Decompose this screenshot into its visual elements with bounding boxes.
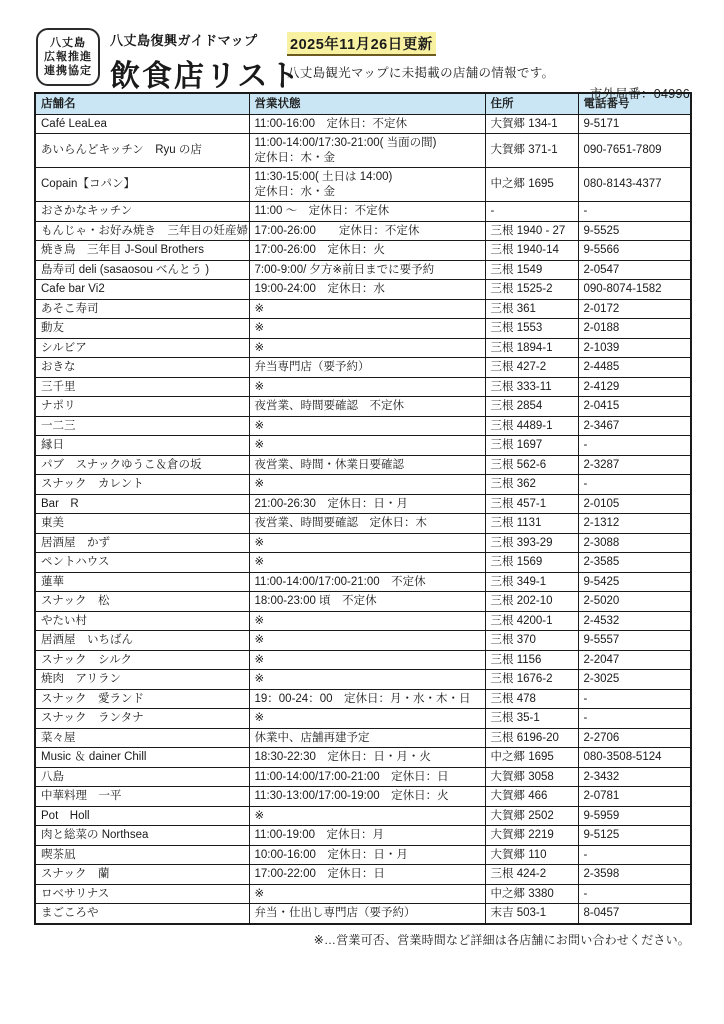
status-cell: 19:00-24:00 定休日：水 <box>249 280 485 300</box>
store-name-cell: あそこ寿司 <box>35 299 249 319</box>
store-name-cell: スナック 愛ランド <box>35 689 249 709</box>
table-row: 八島 11:00-14:00/17:00-21:00 定休日：日 大賀郷 305… <box>35 767 691 787</box>
table-row: 菜々屋 休業中、店舗再建予定 三根 6196-20 2-2706 <box>35 728 691 748</box>
status-cell: 弁当・仕出し専門店（要予約） <box>249 904 485 924</box>
store-name-cell: パブ スナックゆうこ＆倉の坂 <box>35 455 249 475</box>
store-name-cell: 蓮華 <box>35 572 249 592</box>
address-cell: 大賀郷 466 <box>485 787 578 807</box>
phone-cell: 2-1312 <box>578 514 691 534</box>
table-row: 蓮華 11:00-14:00/17:00-21:00 不定休 三根 349-1 … <box>35 572 691 592</box>
address-cell: 中之郷 1695 <box>485 748 578 768</box>
status-cell: 11:00-16:00 定休日：不定休 <box>249 114 485 134</box>
table-row: 動友 ※ 三根 1553 2-0188 <box>35 319 691 339</box>
footnote: ※…営業可否、営業時間など詳細は各店舗にお問い合わせください。 <box>34 931 690 948</box>
phone-cell: 2-3467 <box>578 416 691 436</box>
phone-cell: 080-8143-4377 <box>578 168 691 202</box>
address-cell: 大賀郷 2502 <box>485 806 578 826</box>
status-cell: 11:30-15:00( 土日は 14:00) 定休日：水・金 <box>249 168 485 202</box>
store-name-cell: 東美 <box>35 514 249 534</box>
table-row: パブ スナックゆうこ＆倉の坂 夜営業、時間・休業日要確認 三根 562-6 2-… <box>35 455 691 475</box>
address-cell: 三根 1525-2 <box>485 280 578 300</box>
status-cell: ※ <box>249 533 485 553</box>
status-cell: 夜営業、時間要確認 定休日：木 <box>249 514 485 534</box>
store-name-cell: Bar R <box>35 494 249 514</box>
update-date-badge: 2025年11月26日更新 <box>287 32 436 56</box>
store-name-cell: やたい村 <box>35 611 249 631</box>
phone-cell: - <box>578 845 691 865</box>
store-name-cell: 喫茶凪 <box>35 845 249 865</box>
status-cell: ※ <box>249 416 485 436</box>
table-row: Bar R 21:00-26:30 定休日：日・月 三根 457-1 2-010… <box>35 494 691 514</box>
table-row: スナック カレント ※ 三根 362 - <box>35 475 691 495</box>
store-name-cell: 一二三 <box>35 416 249 436</box>
status-cell: 7:00-9:00/ 夕方※前日までに要予約 <box>249 260 485 280</box>
phone-cell: 080-3508-5124 <box>578 748 691 768</box>
phone-cell: 2-2047 <box>578 650 691 670</box>
status-cell: 11:00-19:00 定休日：月 <box>249 826 485 846</box>
address-cell: 三根 424-2 <box>485 865 578 885</box>
status-cell: 夜営業、時間要確認 不定休 <box>249 397 485 417</box>
table-row: まごころや 弁当・仕出し専門店（要予約） 末吉 503-1 8-0457 <box>35 904 691 924</box>
address-cell: 末吉 503-1 <box>485 904 578 924</box>
address-cell: 三根 4489-1 <box>485 416 578 436</box>
table-row: シルビア ※ 三根 1894-1 2-1039 <box>35 338 691 358</box>
address-cell: 三根 457-1 <box>485 494 578 514</box>
logo-line-2: 広報推進 <box>44 51 92 64</box>
address-cell: 三根 349-1 <box>485 572 578 592</box>
store-name-cell: シルビア <box>35 338 249 358</box>
phone-cell: 090-7651-7809 <box>578 134 691 168</box>
address-cell: 三根 202-10 <box>485 592 578 612</box>
phone-cell: 2-1039 <box>578 338 691 358</box>
store-name-cell: 島寿司 deli (sasaosou べんとう ) <box>35 260 249 280</box>
address-cell: 大賀郷 110 <box>485 845 578 865</box>
store-name-cell: ペントハウス <box>35 553 249 573</box>
address-cell: 中之郷 1695 <box>485 168 578 202</box>
address-cell: 三根 1553 <box>485 319 578 339</box>
store-name-cell: スナック カレント <box>35 475 249 495</box>
phone-cell: - <box>578 202 691 222</box>
status-cell: ※ <box>249 884 485 904</box>
table-row: あそこ寿司 ※ 三根 361 2-0172 <box>35 299 691 319</box>
table-row: Cafe bar Vi2 19:00-24:00 定休日：水 三根 1525-2… <box>35 280 691 300</box>
status-cell: 11:00-14:00/17:00-21:00 不定休 <box>249 572 485 592</box>
table-row: スナック ランタナ ※ 三根 35-1 - <box>35 709 691 729</box>
page-header: 八丈島 広報推進 連携協定 八丈島復興ガイドマップ 飲食店リスト 2025年11… <box>34 26 690 90</box>
store-name-cell: 焼肉 アリラン <box>35 670 249 690</box>
store-name-cell: 動友 <box>35 319 249 339</box>
phone-cell: - <box>578 689 691 709</box>
table-row: 東美 夜営業、時間要確認 定休日：木 三根 1131 2-1312 <box>35 514 691 534</box>
status-cell: 17:00-26:00 定休日：火 <box>249 241 485 261</box>
table-row: スナック 蘭 17:00-22:00 定休日：日 三根 424-2 2-3598 <box>35 865 691 885</box>
store-name-cell: 三千里 <box>35 377 249 397</box>
area-code-label: 市外局番：04996 <box>287 84 690 102</box>
association-logo: 八丈島 広報推進 連携協定 <box>36 28 100 86</box>
status-cell: 21:00-26:30 定休日：日・月 <box>249 494 485 514</box>
phone-cell: 2-5020 <box>578 592 691 612</box>
phone-cell: - <box>578 475 691 495</box>
store-name-cell: Pot Holl <box>35 806 249 826</box>
store-name-cell: 菜々屋 <box>35 728 249 748</box>
table-row: Copain【コパン】 11:30-15:00( 土日は 14:00) 定休日：… <box>35 168 691 202</box>
store-name-cell: スナック シルク <box>35 650 249 670</box>
status-cell: ※ <box>249 299 485 319</box>
address-cell: 中之郷 3380 <box>485 884 578 904</box>
phone-cell: 2-0172 <box>578 299 691 319</box>
status-cell: 17:00-22:00 定休日：日 <box>249 865 485 885</box>
phone-cell: - <box>578 709 691 729</box>
status-cell: 11:30-13:00/17:00-19:00 定休日：火 <box>249 787 485 807</box>
table-row: ロベサリナス ※ 中之郷 3380 - <box>35 884 691 904</box>
page-subtitle: 八丈島復興ガイドマップ <box>110 30 301 49</box>
store-name-cell: ナポリ <box>35 397 249 417</box>
store-name-cell: 中華料理 一平 <box>35 787 249 807</box>
phone-cell: 9-5171 <box>578 114 691 134</box>
address-cell: 三根 2854 <box>485 397 578 417</box>
table-row: 喫茶凪 10:00-16:00 定休日：日・月 大賀郷 110 - <box>35 845 691 865</box>
phone-cell: 9-5125 <box>578 826 691 846</box>
table-row: 肉と総菜の Northsea 11:00-19:00 定休日：月 大賀郷 221… <box>35 826 691 846</box>
status-cell: 夜営業、時間・休業日要確認 <box>249 455 485 475</box>
status-cell: ※ <box>249 709 485 729</box>
store-table: 店舗名 営業状態 住所 電話番号 Café LeaLea 11:00-16:00… <box>34 92 692 925</box>
address-cell: 三根 35-1 <box>485 709 578 729</box>
address-cell: 三根 393-29 <box>485 533 578 553</box>
address-cell: 三根 1940-14 <box>485 241 578 261</box>
phone-cell: 2-0781 <box>578 787 691 807</box>
address-cell: 三根 1676-2 <box>485 670 578 690</box>
address-cell: 三根 1549 <box>485 260 578 280</box>
header-info-block: 2025年11月26日更新 八丈島観光マップに未掲載の店舗の情報です。 市外局番… <box>287 32 690 102</box>
status-cell: ※ <box>249 319 485 339</box>
store-name-cell: 居酒屋 いちばん <box>35 631 249 651</box>
store-name-cell: 八島 <box>35 767 249 787</box>
phone-cell: 2-0188 <box>578 319 691 339</box>
store-name-cell: 焼き鳥 三年目 J-Soul Brothers <box>35 241 249 261</box>
phone-cell: 2-4129 <box>578 377 691 397</box>
phone-cell: 2-0415 <box>578 397 691 417</box>
store-name-cell: もんじゃ・お好み焼き 三年目の妊産婦 <box>35 221 249 241</box>
table-row: 焼き鳥 三年目 J-Soul Brothers 17:00-26:00 定休日：… <box>35 241 691 261</box>
store-name-cell: Cafe bar Vi2 <box>35 280 249 300</box>
address-cell: 三根 478 <box>485 689 578 709</box>
status-cell: 11:00 ～ 定休日：不定休 <box>249 202 485 222</box>
page-description: 八丈島観光マップに未掲載の店舗の情報です。 <box>287 63 690 81</box>
status-cell: ※ <box>249 377 485 397</box>
store-name-cell: まごころや <box>35 904 249 924</box>
table-row: Café LeaLea 11:00-16:00 定休日：不定休 大賀郷 134-… <box>35 114 691 134</box>
status-cell: 11:00-14:00/17:00-21:00 定休日：日 <box>249 767 485 787</box>
status-cell: ※ <box>249 631 485 651</box>
logo-line-3: 連携協定 <box>44 65 92 78</box>
address-cell: 三根 4200-1 <box>485 611 578 631</box>
table-row: 一二三 ※ 三根 4489-1 2-3467 <box>35 416 691 436</box>
store-name-cell: おきな <box>35 358 249 378</box>
address-cell: 三根 1894-1 <box>485 338 578 358</box>
address-cell: 三根 1131 <box>485 514 578 534</box>
phone-cell: 2-3287 <box>578 455 691 475</box>
phone-cell: 9-5959 <box>578 806 691 826</box>
phone-cell: 090-8074-1582 <box>578 280 691 300</box>
title-block: 八丈島復興ガイドマップ 飲食店リスト <box>110 30 301 95</box>
table-row: 居酒屋 かず ※ 三根 393-29 2-3088 <box>35 533 691 553</box>
store-name-cell: スナック ランタナ <box>35 709 249 729</box>
status-cell: 17:00-26:00 定休日：不定休 <box>249 221 485 241</box>
status-cell: ※ <box>249 611 485 631</box>
status-cell: ※ <box>249 670 485 690</box>
store-name-cell: Music ＆ dainer Chill <box>35 748 249 768</box>
address-cell: 三根 1569 <box>485 553 578 573</box>
address-cell: - <box>485 202 578 222</box>
address-cell: 大賀郷 2219 <box>485 826 578 846</box>
store-name-cell: 縁日 <box>35 436 249 456</box>
address-cell: 三根 1940 - 27 <box>485 221 578 241</box>
address-cell: 三根 333-11 <box>485 377 578 397</box>
table-row: スナック 愛ランド 19：00-24：00 定休日：月・水・木・日 三根 478… <box>35 689 691 709</box>
phone-cell: 8-0457 <box>578 904 691 924</box>
phone-cell: 9-5557 <box>578 631 691 651</box>
store-name-cell: スナック 松 <box>35 592 249 612</box>
status-cell: 11:00-14:00/17:30-21:00( 当面の間) 定休日：木・金 <box>249 134 485 168</box>
phone-cell: - <box>578 884 691 904</box>
status-cell: 弁当専門店（要予約） <box>249 358 485 378</box>
address-cell: 大賀郷 134-1 <box>485 114 578 134</box>
address-cell: 大賀郷 371-1 <box>485 134 578 168</box>
logo-line-1: 八丈島 <box>50 37 86 50</box>
table-row: Pot Holl ※ 大賀郷 2502 9-5959 <box>35 806 691 826</box>
store-name-cell: おさかなキッチン <box>35 202 249 222</box>
store-table-body: Café LeaLea 11:00-16:00 定休日：不定休 大賀郷 134-… <box>35 114 691 924</box>
store-name-cell: スナック 蘭 <box>35 865 249 885</box>
status-cell: 19：00-24：00 定休日：月・水・木・日 <box>249 689 485 709</box>
store-name-cell: Copain【コパン】 <box>35 168 249 202</box>
status-cell: ※ <box>249 475 485 495</box>
address-cell: 三根 1156 <box>485 650 578 670</box>
phone-cell: 2-4532 <box>578 611 691 631</box>
status-cell: ※ <box>249 338 485 358</box>
table-row: スナック 松 18:00-23:00 頃 不定休 三根 202-10 2-502… <box>35 592 691 612</box>
phone-cell: 9-5525 <box>578 221 691 241</box>
store-name-cell: 肉と総菜の Northsea <box>35 826 249 846</box>
table-row: 中華料理 一平 11:30-13:00/17:00-19:00 定休日：火 大賀… <box>35 787 691 807</box>
table-row: ペントハウス ※ 三根 1569 2-3585 <box>35 553 691 573</box>
phone-cell: 2-3025 <box>578 670 691 690</box>
phone-cell: 2-3432 <box>578 767 691 787</box>
phone-cell: 2-3598 <box>578 865 691 885</box>
table-row: あいらんどキッチン Ryu の店 11:00-14:00/17:30-21:00… <box>35 134 691 168</box>
phone-cell: 2-0105 <box>578 494 691 514</box>
table-row: ナポリ 夜営業、時間要確認 不定休 三根 2854 2-0415 <box>35 397 691 417</box>
address-cell: 三根 362 <box>485 475 578 495</box>
store-name-cell: Café LeaLea <box>35 114 249 134</box>
address-cell: 大賀郷 3058 <box>485 767 578 787</box>
status-cell: ※ <box>249 436 485 456</box>
store-name-cell: あいらんどキッチン Ryu の店 <box>35 134 249 168</box>
table-row: 縁日 ※ 三根 1697 - <box>35 436 691 456</box>
table-row: スナック シルク ※ 三根 1156 2-2047 <box>35 650 691 670</box>
status-cell: ※ <box>249 650 485 670</box>
table-row: おきな 弁当専門店（要予約） 三根 427-2 2-4485 <box>35 358 691 378</box>
page-title: 飲食店リスト <box>110 51 301 95</box>
store-name-cell: ロベサリナス <box>35 884 249 904</box>
table-row: おさかなキッチン 11:00 ～ 定休日：不定休 - - <box>35 202 691 222</box>
phone-cell: 9-5425 <box>578 572 691 592</box>
status-cell: 休業中、店舗再建予定 <box>249 728 485 748</box>
table-row: 三千里 ※ 三根 333-11 2-4129 <box>35 377 691 397</box>
address-cell: 三根 562-6 <box>485 455 578 475</box>
table-row: Music ＆ dainer Chill 18:30-22:30 定休日：日・月… <box>35 748 691 768</box>
status-cell: ※ <box>249 553 485 573</box>
phone-cell: 9-5566 <box>578 241 691 261</box>
status-cell: 18:30-22:30 定休日：日・月・火 <box>249 748 485 768</box>
table-row: もんじゃ・お好み焼き 三年目の妊産婦 17:00-26:00 定休日：不定休 三… <box>35 221 691 241</box>
address-cell: 三根 370 <box>485 631 578 651</box>
phone-cell: 2-0547 <box>578 260 691 280</box>
phone-cell: 2-3088 <box>578 533 691 553</box>
table-row: 島寿司 deli (sasaosou べんとう ) 7:00-9:00/ 夕方※… <box>35 260 691 280</box>
status-cell: ※ <box>249 806 485 826</box>
guide-map-page: 八丈島 広報推進 連携協定 八丈島復興ガイドマップ 飲食店リスト 2025年11… <box>0 0 724 1024</box>
store-name-cell: 居酒屋 かず <box>35 533 249 553</box>
status-cell: 10:00-16:00 定休日：日・月 <box>249 845 485 865</box>
phone-cell: 2-4485 <box>578 358 691 378</box>
table-row: 焼肉 アリラン ※ 三根 1676-2 2-3025 <box>35 670 691 690</box>
address-cell: 三根 361 <box>485 299 578 319</box>
column-header-store-name: 店舗名 <box>35 93 249 114</box>
address-cell: 三根 6196-20 <box>485 728 578 748</box>
status-cell: 18:00-23:00 頃 不定休 <box>249 592 485 612</box>
table-row: 居酒屋 いちばん ※ 三根 370 9-5557 <box>35 631 691 651</box>
table-row: やたい村 ※ 三根 4200-1 2-4532 <box>35 611 691 631</box>
address-cell: 三根 1697 <box>485 436 578 456</box>
phone-cell: 2-3585 <box>578 553 691 573</box>
phone-cell: 2-2706 <box>578 728 691 748</box>
address-cell: 三根 427-2 <box>485 358 578 378</box>
phone-cell: - <box>578 436 691 456</box>
